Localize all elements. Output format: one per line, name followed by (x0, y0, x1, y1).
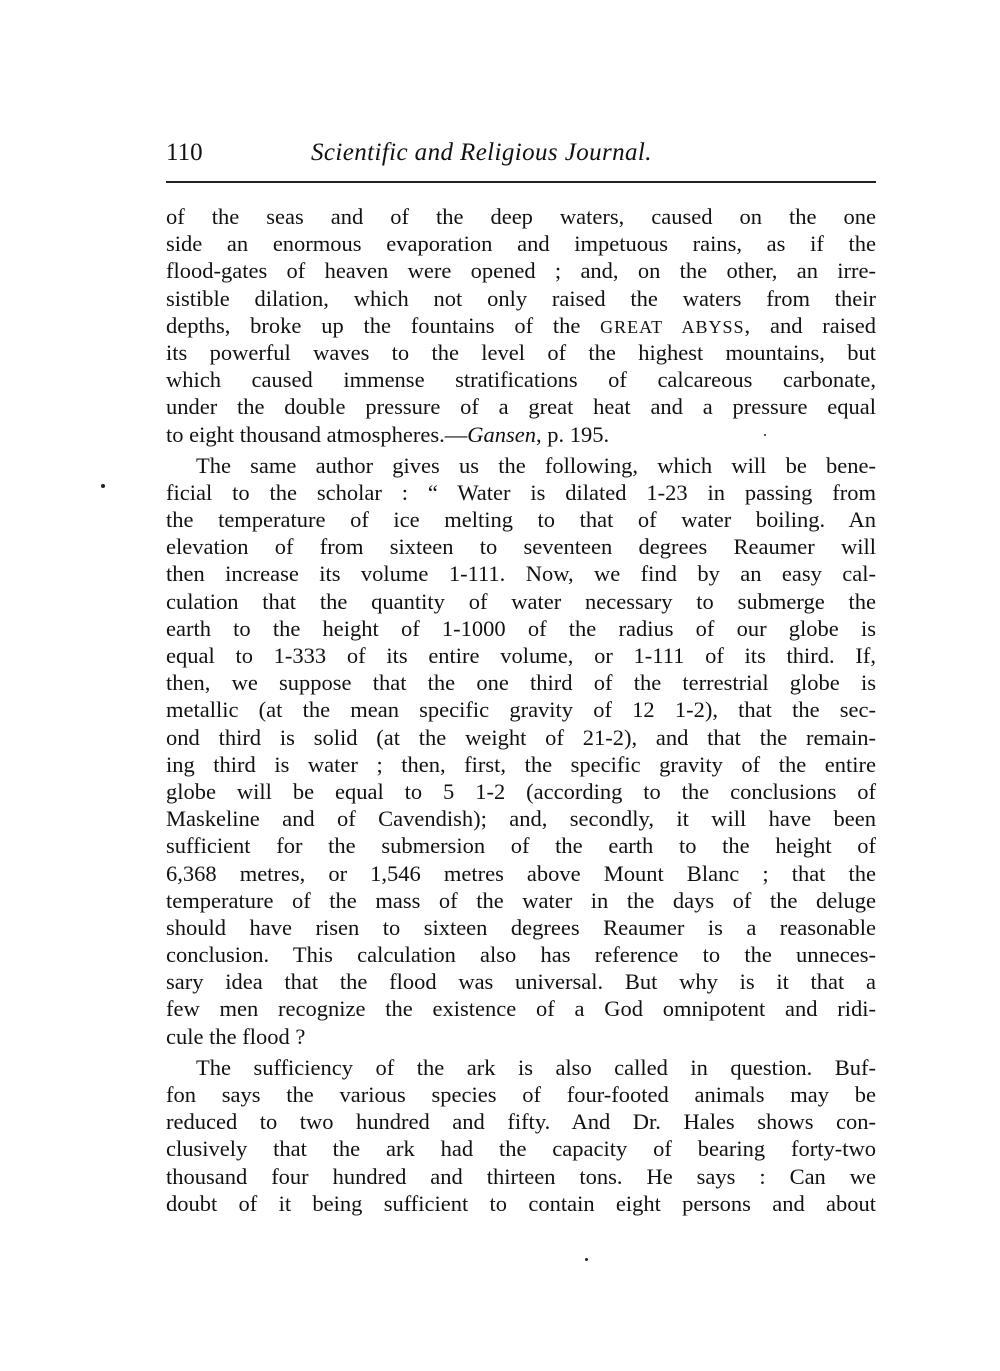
text-line: Maskeline and of Cavendish); and, second… (166, 805, 876, 832)
scan-speck (764, 434, 766, 436)
paragraph-continuation: of the seas and of the deep waters, caus… (166, 203, 876, 448)
page-number: 110 (166, 138, 203, 168)
text-line: metallic (at the mean specific gravity o… (166, 696, 876, 723)
citation-author: Gansen (467, 422, 536, 447)
text-line: 6,368 metres, or 1,546 metres above Moun… (166, 860, 876, 887)
text-line: clusively that the ark had the capacity … (166, 1135, 876, 1162)
text-line: culation that the quantity of water nece… (166, 588, 876, 615)
text-line: elevation of from sixteen to seventeen d… (166, 533, 876, 560)
text-line: the temperature of ice melting to that o… (166, 506, 876, 533)
running-title: Scientific and Religious Journal. (311, 138, 652, 168)
text-line: depths, broke up the fountains of the GR… (166, 312, 876, 339)
header-rule (166, 181, 876, 183)
text-fragment: to eight thousand atmospheres.— (166, 422, 467, 447)
text-line: reduced to two hundred and fifty. And Dr… (166, 1108, 876, 1135)
paragraph-ark-sufficiency: The sufficiency of the ark is also calle… (166, 1054, 876, 1217)
text-line: doubt of it being sufficient to contain … (166, 1190, 876, 1217)
text-line: few men recognize the existence of a God… (166, 995, 876, 1022)
text-fragment: depths, broke up the fountains of the (166, 313, 600, 338)
text-line: its powerful waves to the level of the h… (166, 339, 876, 366)
text-line: then, we suppose that the one third of t… (166, 669, 876, 696)
text-line: fon says the various species of four-foo… (166, 1081, 876, 1108)
text-fragment: , p. 195. (536, 422, 609, 447)
text-line: ing third is water ; then, first, the sp… (166, 751, 876, 778)
text-line: equal to 1-333 of its entire volume, or … (166, 642, 876, 669)
text-line: conclusion. This calculation also has re… (166, 941, 876, 968)
text-line: ficial to the scholar : “ Water is dilat… (166, 479, 876, 506)
text-line: under the double pressure of a great hea… (166, 393, 876, 420)
page-header: 110 Scientific and Religious Journal. (166, 138, 878, 168)
great-abyss-smallcaps: GREAT ABYSS (600, 317, 744, 337)
text-line: ond third is solid (at the weight of 21-… (166, 724, 876, 751)
text-line: which caused immense stratifications of … (166, 366, 876, 393)
body-text: of the seas and of the deep waters, caus… (166, 203, 876, 1217)
text-line: to eight thousand atmospheres.—Gansen, p… (166, 421, 876, 448)
text-line: sufficient for the submersion of the ear… (166, 832, 876, 859)
text-fragment: , and raised (745, 313, 876, 338)
text-line: sistible dilation, which not only raised… (166, 285, 876, 312)
scan-speck (101, 484, 105, 488)
scan-speck (585, 1258, 588, 1261)
text-line: of the seas and of the deep waters, caus… (166, 203, 876, 230)
text-line: globe will be equal to 5 1-2 (according … (166, 778, 876, 805)
text-line: side an enormous evaporation and impetuo… (166, 230, 876, 257)
text-line: flood-gates of heaven were opened ; and,… (166, 257, 876, 284)
book-page: 110 Scientific and Religious Journal. of… (0, 0, 1000, 1371)
text-line: The sufficiency of the ark is also calle… (166, 1054, 876, 1081)
text-line: thousand four hundred and thirteen tons.… (166, 1163, 876, 1190)
text-line: then increase its volume 1-111. Now, we … (166, 560, 876, 587)
text-line: sary idea that the flood was universal. … (166, 968, 876, 995)
text-line: temperature of the mass of the water in … (166, 887, 876, 914)
text-line: cule the flood ? (166, 1023, 876, 1050)
text-line: earth to the height of 1-1000 of the rad… (166, 615, 876, 642)
text-line: should have risen to sixteen degrees Rea… (166, 914, 876, 941)
paragraph-same-author: The same author gives us the following, … (166, 452, 876, 1050)
text-line: The same author gives us the following, … (166, 452, 876, 479)
